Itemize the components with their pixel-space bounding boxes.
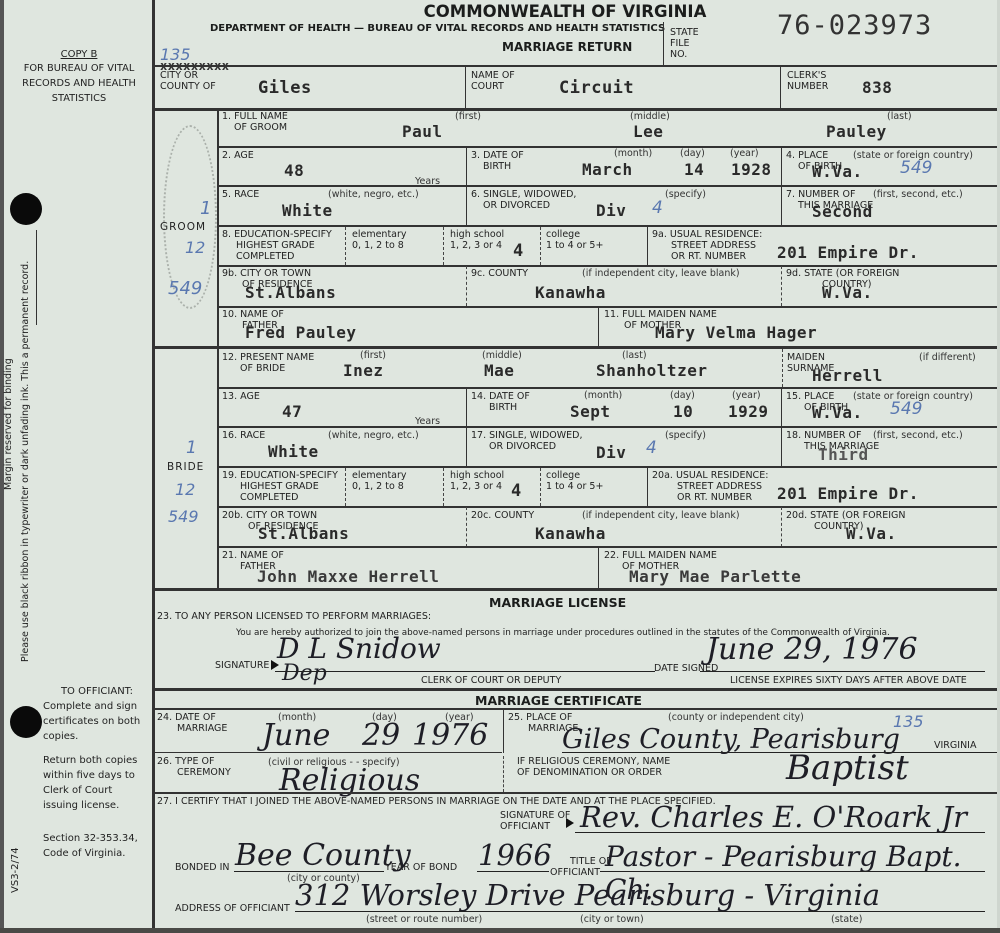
bride-note-1: 1 — [186, 438, 197, 458]
bride-county: Kanawha — [535, 524, 606, 543]
groom-highschool-hint: high school 1, 2, 3 or 4 — [450, 229, 504, 251]
bond-year-label: YEAR OF BOND — [385, 862, 457, 873]
groom-first-name: Paul — [402, 122, 443, 141]
license-item-label: 23. TO ANY PERSON LICENSED TO PERFORM MA… — [157, 611, 431, 622]
bride-maiden-name: Herrell — [812, 366, 883, 385]
bride-note-3: 549 — [168, 507, 199, 526]
return-line-4: issuing license. — [43, 798, 151, 813]
bride-marital-label: 17. SINGLE, WIDOWED, OR DIVORCED — [471, 430, 582, 452]
officiant-address-label: ADDRESS OF OFFICIANT — [175, 903, 290, 914]
rule — [345, 468, 346, 506]
address-line — [295, 911, 985, 912]
label-line: 3. DATE OF — [471, 150, 524, 161]
rule — [781, 426, 782, 467]
last-hint: (last) — [887, 111, 912, 122]
rule — [466, 387, 467, 427]
clerks-label: CLERK'S — [787, 70, 828, 81]
officiant-title-label: TITLE OF OFFICIANT — [550, 856, 612, 878]
officiant-signature-label: SIGNATURE OF OFFICIANT — [500, 810, 570, 832]
label-line: MARRIAGE — [157, 723, 227, 734]
label-line: 15. PLACE — [786, 391, 848, 402]
return-line-3: Clerk of Court — [43, 783, 151, 798]
bride-marriage-num: Third — [818, 445, 869, 464]
groom-dob-label: 3. DATE OF BIRTH — [471, 150, 524, 172]
bride-residence: 201 Empire Dr. — [777, 484, 919, 503]
copy-desc-1: FOR BUREAU OF VITAL — [20, 61, 138, 76]
label-line: 1 to 4 or 5+ — [546, 240, 603, 251]
rule — [152, 792, 1000, 794]
groom-father: Fred Pauley — [245, 323, 356, 342]
middle-hint: (middle) — [630, 111, 670, 122]
label-line: OR DIVORCED — [471, 200, 576, 211]
clerk-caption: CLERK OF COURT OR DEPUTY — [421, 675, 561, 686]
groom-race: White — [282, 201, 333, 220]
bride-education-label: 19. EDUCATION-SPECIFY HIGHEST GRADE COMP… — [222, 470, 338, 503]
groom-college-hint: college 1 to 4 or 5+ — [546, 229, 603, 251]
clerk-number: 838 — [862, 78, 892, 97]
label-line: OF GROOM — [222, 122, 288, 133]
groom-marital-mark: 4 — [652, 198, 663, 218]
marriage-day: 29 — [362, 718, 400, 753]
officiant-signature-line — [575, 832, 985, 833]
city-hint: (city or town) — [580, 914, 644, 925]
label-line: 12. PRESENT NAME — [222, 352, 314, 363]
bonded-line — [234, 871, 384, 872]
groom-note-1: 1 — [200, 198, 211, 219]
rule — [217, 146, 1000, 148]
year-hint: (year) — [730, 148, 759, 159]
bride-state: W.Va. — [846, 524, 897, 543]
bride-name-label: 12. PRESENT NAME OF BRIDE — [222, 352, 314, 374]
label-line: 17. SINGLE, WIDOWED, — [471, 430, 582, 441]
bride-highschool-value: 4 — [511, 481, 522, 501]
form-name: MARRIAGE RETURN — [502, 40, 632, 54]
rule — [217, 426, 1000, 428]
bride-race-label: 16. RACE — [222, 430, 265, 441]
label-line: college — [546, 470, 603, 481]
section-label-divider — [217, 110, 219, 590]
punch-hole-top — [10, 193, 42, 225]
bride-birthplace: W.Va. — [812, 403, 863, 422]
officiant-line-2: certificates on both — [43, 714, 151, 729]
rule — [647, 225, 648, 266]
state-label: STATE — [670, 27, 699, 38]
marriage-num-hint: (first, second, etc.) — [873, 430, 963, 441]
maiden-hint: (if different) — [919, 352, 976, 363]
ceremony-type-label: 26. TYPE OF CEREMONY — [157, 756, 231, 778]
label-line: 11. FULL MAIDEN NAME — [604, 309, 717, 320]
label-line: HIGHEST GRADE — [222, 481, 338, 492]
rule — [345, 227, 346, 265]
label-line: OR RT. NUMBER — [652, 492, 768, 503]
section-line-1: Section 32-353.34, — [43, 831, 151, 846]
binding-note: Margin reserved for binding — [3, 358, 14, 490]
bride-residence-label: 20a. USUAL RESIDENCE: STREET ADDRESS OR … — [652, 470, 768, 503]
copy-desc-3: STATISTICS — [20, 91, 138, 106]
label-line: 0, 1, 2 to 8 — [352, 240, 407, 251]
groom-marital-label: 6. SINGLE, WIDOWED, OR DIVORCED — [471, 189, 576, 211]
groom-residence: 201 Empire Dr. — [777, 243, 919, 262]
state-file-number: 76-023973 — [777, 10, 932, 41]
divider-clerk — [780, 66, 781, 109]
label-line: COMPLETED — [222, 492, 338, 503]
document-title: COMMONWEALTH OF VIRGINIA — [330, 2, 800, 21]
marriage-month: June — [262, 718, 330, 753]
label-line: 1 to 4 or 5+ — [546, 481, 603, 492]
label-line: 19. EDUCATION-SPECIFY — [222, 470, 338, 481]
race-hint: (white, negro, etc.) — [328, 430, 419, 441]
groom-mother: Mary Velma Hager — [655, 323, 817, 342]
rule — [443, 227, 444, 265]
label-line: 18. NUMBER OF — [786, 430, 879, 441]
rule-groom-bride — [152, 346, 1000, 349]
groom-middle-name: Lee — [633, 122, 663, 141]
rule — [503, 708, 504, 753]
date-signed: June 29, 1976 — [706, 632, 918, 667]
groom-elementary-hint: elementary 0, 1, 2 to 8 — [352, 229, 407, 251]
label-line: college — [546, 229, 603, 240]
rule-header — [152, 65, 1000, 67]
marriage-date-label: 24. DATE OF MARRIAGE — [157, 712, 227, 734]
label-line: OFFICIANT — [550, 867, 612, 878]
rule — [466, 426, 467, 467]
groom-birthplace: W.Va. — [812, 162, 863, 181]
bond-year: 1966 — [478, 838, 552, 872]
label-line: OR RT. NUMBER — [652, 251, 762, 262]
bride-dob-year: 1929 — [728, 402, 769, 421]
label-line: OR DIVORCED — [471, 441, 582, 452]
label-line: IF RELIGIOUS CEREMONY, NAME — [517, 756, 670, 767]
bride-dob-label: 14. DATE OF BIRTH — [471, 391, 530, 413]
label-line: high school — [450, 229, 504, 240]
divider-court — [465, 66, 466, 109]
label-line: 9b. CITY OR TOWN — [222, 268, 312, 279]
rule — [781, 185, 782, 226]
number-label: NUMBER — [787, 81, 828, 92]
race-hint: (white, negro, etc.) — [328, 189, 419, 200]
label-line: TITLE OF — [550, 856, 612, 867]
label-line: 7. NUMBER OF — [786, 189, 873, 200]
denomination: Baptist — [786, 748, 909, 788]
label-line: STREET ADDRESS — [652, 240, 762, 251]
clerk-label: CLERK'S NUMBER — [787, 70, 828, 92]
rule — [217, 546, 1000, 548]
rule — [782, 349, 783, 387]
groom-dob-month: March — [582, 160, 633, 179]
punch-hole-bottom — [10, 706, 42, 738]
ink-note: Please use black ribbon in typewriter or… — [20, 261, 31, 662]
rule — [503, 756, 504, 792]
marriage-return-document: COPY B FOR BUREAU OF VITAL RECORDS AND H… — [0, 0, 1000, 933]
copy-desc-2: RECORDS AND HEALTH — [20, 76, 138, 91]
title-line — [600, 871, 985, 872]
rule-certificate — [152, 688, 1000, 691]
scan-edge-bottom — [0, 928, 1000, 933]
rule — [466, 146, 467, 186]
label-line: COMPLETED — [222, 251, 332, 262]
groom-name-label: 1. FULL NAME OF GROOM — [222, 111, 288, 133]
label-line: 14. DATE OF — [471, 391, 530, 402]
place-line — [562, 752, 1000, 753]
rule — [781, 387, 782, 427]
bride-city: St.Albans — [258, 524, 349, 543]
bride-mother: Mary Mae Parlette — [629, 567, 801, 586]
bride-first-name: Inez — [343, 361, 384, 380]
rule — [152, 752, 502, 753]
marriage-year: 1976 — [412, 718, 488, 753]
groom-age-label: 2. AGE — [222, 150, 254, 161]
rule — [540, 227, 541, 265]
groom-note-2: 12 — [185, 238, 205, 257]
rule-license — [152, 588, 1000, 591]
rule — [540, 468, 541, 506]
copy-label: COPY B — [20, 48, 138, 61]
label-line: 0, 1, 2 to 8 — [352, 481, 407, 492]
label-line: 20b. CITY OR TOWN — [222, 510, 318, 521]
bride-last-name: Shanholtzer — [596, 361, 707, 380]
county-value: Giles — [258, 78, 312, 98]
bride-note-2: 12 — [175, 480, 195, 499]
court-value: Circuit — [559, 78, 634, 98]
date-line — [700, 671, 985, 672]
state-file-label: STATE FILE NO. — [670, 27, 699, 60]
label-line: 1, 2, 3 or 4 — [450, 481, 504, 492]
certificate-heading: MARRIAGE CERTIFICATE — [475, 693, 642, 708]
rule — [217, 506, 1000, 508]
county-of-label: COUNTY OF — [160, 81, 216, 92]
groom-marital: Div — [596, 201, 626, 220]
bride-father: John Maxxe Herrell — [257, 567, 439, 586]
rule — [781, 507, 782, 547]
day-hint: (day) — [670, 390, 695, 401]
file-label: FILE — [670, 38, 699, 49]
rule — [466, 185, 467, 226]
label-line: high school — [450, 470, 504, 481]
label-line: 4. PLACE — [786, 150, 842, 161]
bride-college-hint: college 1 to 4 or 5+ — [546, 470, 603, 492]
city-county-label: CITY OR COUNTY OF — [160, 70, 216, 92]
bride-dob-month: Sept — [570, 402, 611, 421]
return-line-1: Return both copies — [43, 753, 151, 768]
officiant-signature-arrow-icon — [566, 818, 574, 828]
year-hint: (year) — [732, 390, 761, 401]
label-line: BIRTH — [471, 402, 530, 413]
state-hint: (state) — [831, 914, 862, 925]
middle-hint: (middle) — [482, 350, 522, 361]
label-line: 6. SINGLE, WIDOWED, — [471, 189, 576, 200]
return-line-2: within five days to — [43, 768, 151, 783]
groom-dob-year: 1928 — [731, 160, 772, 179]
rule — [781, 146, 782, 186]
bride-marital: Div — [596, 443, 626, 462]
bride-marital-mark: 4 — [646, 438, 657, 458]
label-line: 22. FULL MAIDEN NAME — [604, 550, 717, 561]
groom-city: St.Albans — [245, 283, 336, 302]
officiant-address: 312 Worsley Drive Pearisburg - Virginia — [295, 878, 880, 912]
ink-note-underline — [36, 230, 37, 325]
bride-section-label: BRIDE — [167, 462, 204, 473]
groom-county: Kanawha — [535, 283, 606, 302]
label-line: BIRTH — [471, 161, 524, 172]
bond-year-line — [477, 871, 549, 872]
groom-state: W.Va. — [822, 283, 873, 302]
rule — [217, 265, 1000, 267]
label-line: SIGNATURE OF — [500, 810, 570, 821]
bride-race: White — [268, 442, 319, 461]
rule — [466, 507, 467, 547]
label-line: HIGHEST GRADE — [222, 240, 332, 251]
department-line: DEPARTMENT OF HEALTH — BUREAU OF VITAL R… — [210, 23, 665, 34]
label-line: MAIDEN — [787, 352, 834, 363]
marriage-place-code: 135 — [893, 712, 924, 731]
court-word-label: COURT — [471, 81, 515, 92]
groom-age: 48 — [284, 161, 304, 180]
groom-county-label: 9c. COUNTY — [471, 268, 528, 279]
bride-birthplace-code: 549 — [890, 399, 922, 419]
label-line: 9d. STATE (OR FOREIGN — [786, 268, 899, 279]
rule — [443, 468, 444, 506]
first-hint: (first) — [360, 350, 386, 361]
label-line: 1, 2, 3 or 4 — [450, 240, 504, 251]
rule — [217, 225, 1000, 227]
court-label: NAME OF COURT — [471, 70, 515, 92]
city-or-label: CITY OR — [160, 70, 216, 81]
day-hint: (day) — [680, 148, 705, 159]
rule — [598, 546, 599, 588]
label-line: OF BRIDE — [222, 363, 314, 374]
rule — [217, 466, 1000, 468]
label-line: 24. DATE OF — [157, 712, 227, 723]
bride-elementary-hint: elementary 0, 1, 2 to 8 — [352, 470, 407, 492]
form-code: VS3-2/74 — [10, 847, 21, 893]
signature-label: SIGNATURE — [215, 660, 269, 671]
section-line-2: Code of Virginia. — [43, 846, 151, 861]
no-label: NO. — [670, 49, 699, 60]
bonded-in-label: BONDED IN — [175, 862, 230, 873]
marital-hint: (specify) — [665, 189, 706, 200]
rule — [598, 306, 599, 346]
label-line: elementary — [352, 470, 407, 481]
groom-last-name: Pauley — [826, 122, 887, 141]
file-no-divider — [663, 22, 664, 65]
label-line: 1. FULL NAME — [222, 111, 288, 122]
label-line: OFFICIANT — [500, 821, 570, 832]
rule — [152, 708, 1000, 710]
denomination-label: IF RELIGIOUS CEREMONY, NAME OF DENOMINAT… — [517, 756, 670, 778]
groom-residence-label: 9a. USUAL RESIDENCE: STREET ADDRESS OR R… — [652, 229, 762, 262]
frame-left — [152, 0, 155, 928]
label-line: 8. EDUCATION-SPECIFY — [222, 229, 332, 240]
label-line: 26. TYPE OF — [157, 756, 231, 767]
rule — [217, 306, 1000, 308]
signature-line — [275, 671, 655, 672]
groom-race-label: 5. RACE — [222, 189, 259, 200]
virginia-label: VIRGINIA — [934, 740, 976, 751]
copy-b-block: COPY B FOR BUREAU OF VITAL RECORDS AND H… — [20, 48, 138, 106]
officiant-instructions: TO OFFICIANT: Complete and sign certific… — [43, 684, 151, 861]
rule — [647, 466, 648, 507]
officiant-signature: Rev. Charles E. O'Roark Jr — [580, 800, 967, 834]
name-of-label: NAME OF — [471, 70, 515, 81]
rule — [781, 266, 782, 306]
label-line: 20a. USUAL RESIDENCE: — [652, 470, 768, 481]
groom-note-3: 549 — [168, 278, 202, 299]
month-hint: (month) — [584, 390, 622, 401]
bride-age-label: 13. AGE — [222, 391, 260, 402]
officiant-heading: TO OFFICIANT: — [43, 684, 151, 699]
bride-middle-name: Mae — [484, 361, 514, 380]
groom-education-label: 8. EDUCATION-SPECIFY HIGHEST GRADE COMPL… — [222, 229, 332, 262]
marital-hint: (specify) — [665, 430, 706, 441]
groom-marriage-num: Second — [812, 202, 873, 221]
label-line: STREET ADDRESS — [652, 481, 768, 492]
label-line: elementary — [352, 229, 407, 240]
last-hint: (last) — [622, 350, 647, 361]
label-line: 25. PLACE OF — [508, 712, 578, 723]
groom-highschool-value: 4 — [513, 241, 524, 261]
label-line: 10. NAME OF — [222, 309, 284, 320]
groom-dob-day: 14 — [684, 160, 704, 179]
place-hint: (county or independent city) — [668, 712, 804, 723]
bride-dob-day: 10 — [673, 402, 693, 421]
officiant-line-1: Complete and sign — [43, 699, 151, 714]
month-hint: (month) — [614, 148, 652, 159]
clerk-signature-suffix: Dep — [282, 661, 327, 686]
label-line: CEREMONY — [157, 767, 231, 778]
bride-highschool-hint: high school 1, 2, 3 or 4 — [450, 470, 504, 492]
label-line: OF DENOMINATION OR ORDER — [517, 767, 670, 778]
county-hint: (if independent city, leave blank) — [582, 510, 740, 521]
label-line: 20d. STATE (OR FOREIGN — [786, 510, 905, 521]
license-heading: MARRIAGE LICENSE — [489, 595, 626, 610]
rule — [217, 185, 1000, 187]
rule — [466, 266, 467, 306]
first-hint: (first) — [455, 111, 481, 122]
license-expiry-note: LICENSE EXPIRES SIXTY DAYS AFTER ABOVE D… — [730, 675, 967, 686]
groom-section-label: GROOM — [160, 222, 206, 233]
county-hint: (if independent city, leave blank) — [582, 268, 740, 279]
officiant-line-3: copies. — [43, 729, 151, 744]
street-hint: (street or route number) — [366, 914, 482, 925]
groom-birthplace-code: 549 — [900, 158, 932, 178]
label-line: 9a. USUAL RESIDENCE: — [652, 229, 762, 240]
bride-age: 47 — [282, 402, 302, 421]
rule — [217, 387, 1000, 389]
label-line: 21. NAME OF — [222, 550, 284, 561]
bride-county-label: 20c. COUNTY — [471, 510, 534, 521]
marriage-num-hint: (first, second, etc.) — [873, 189, 963, 200]
